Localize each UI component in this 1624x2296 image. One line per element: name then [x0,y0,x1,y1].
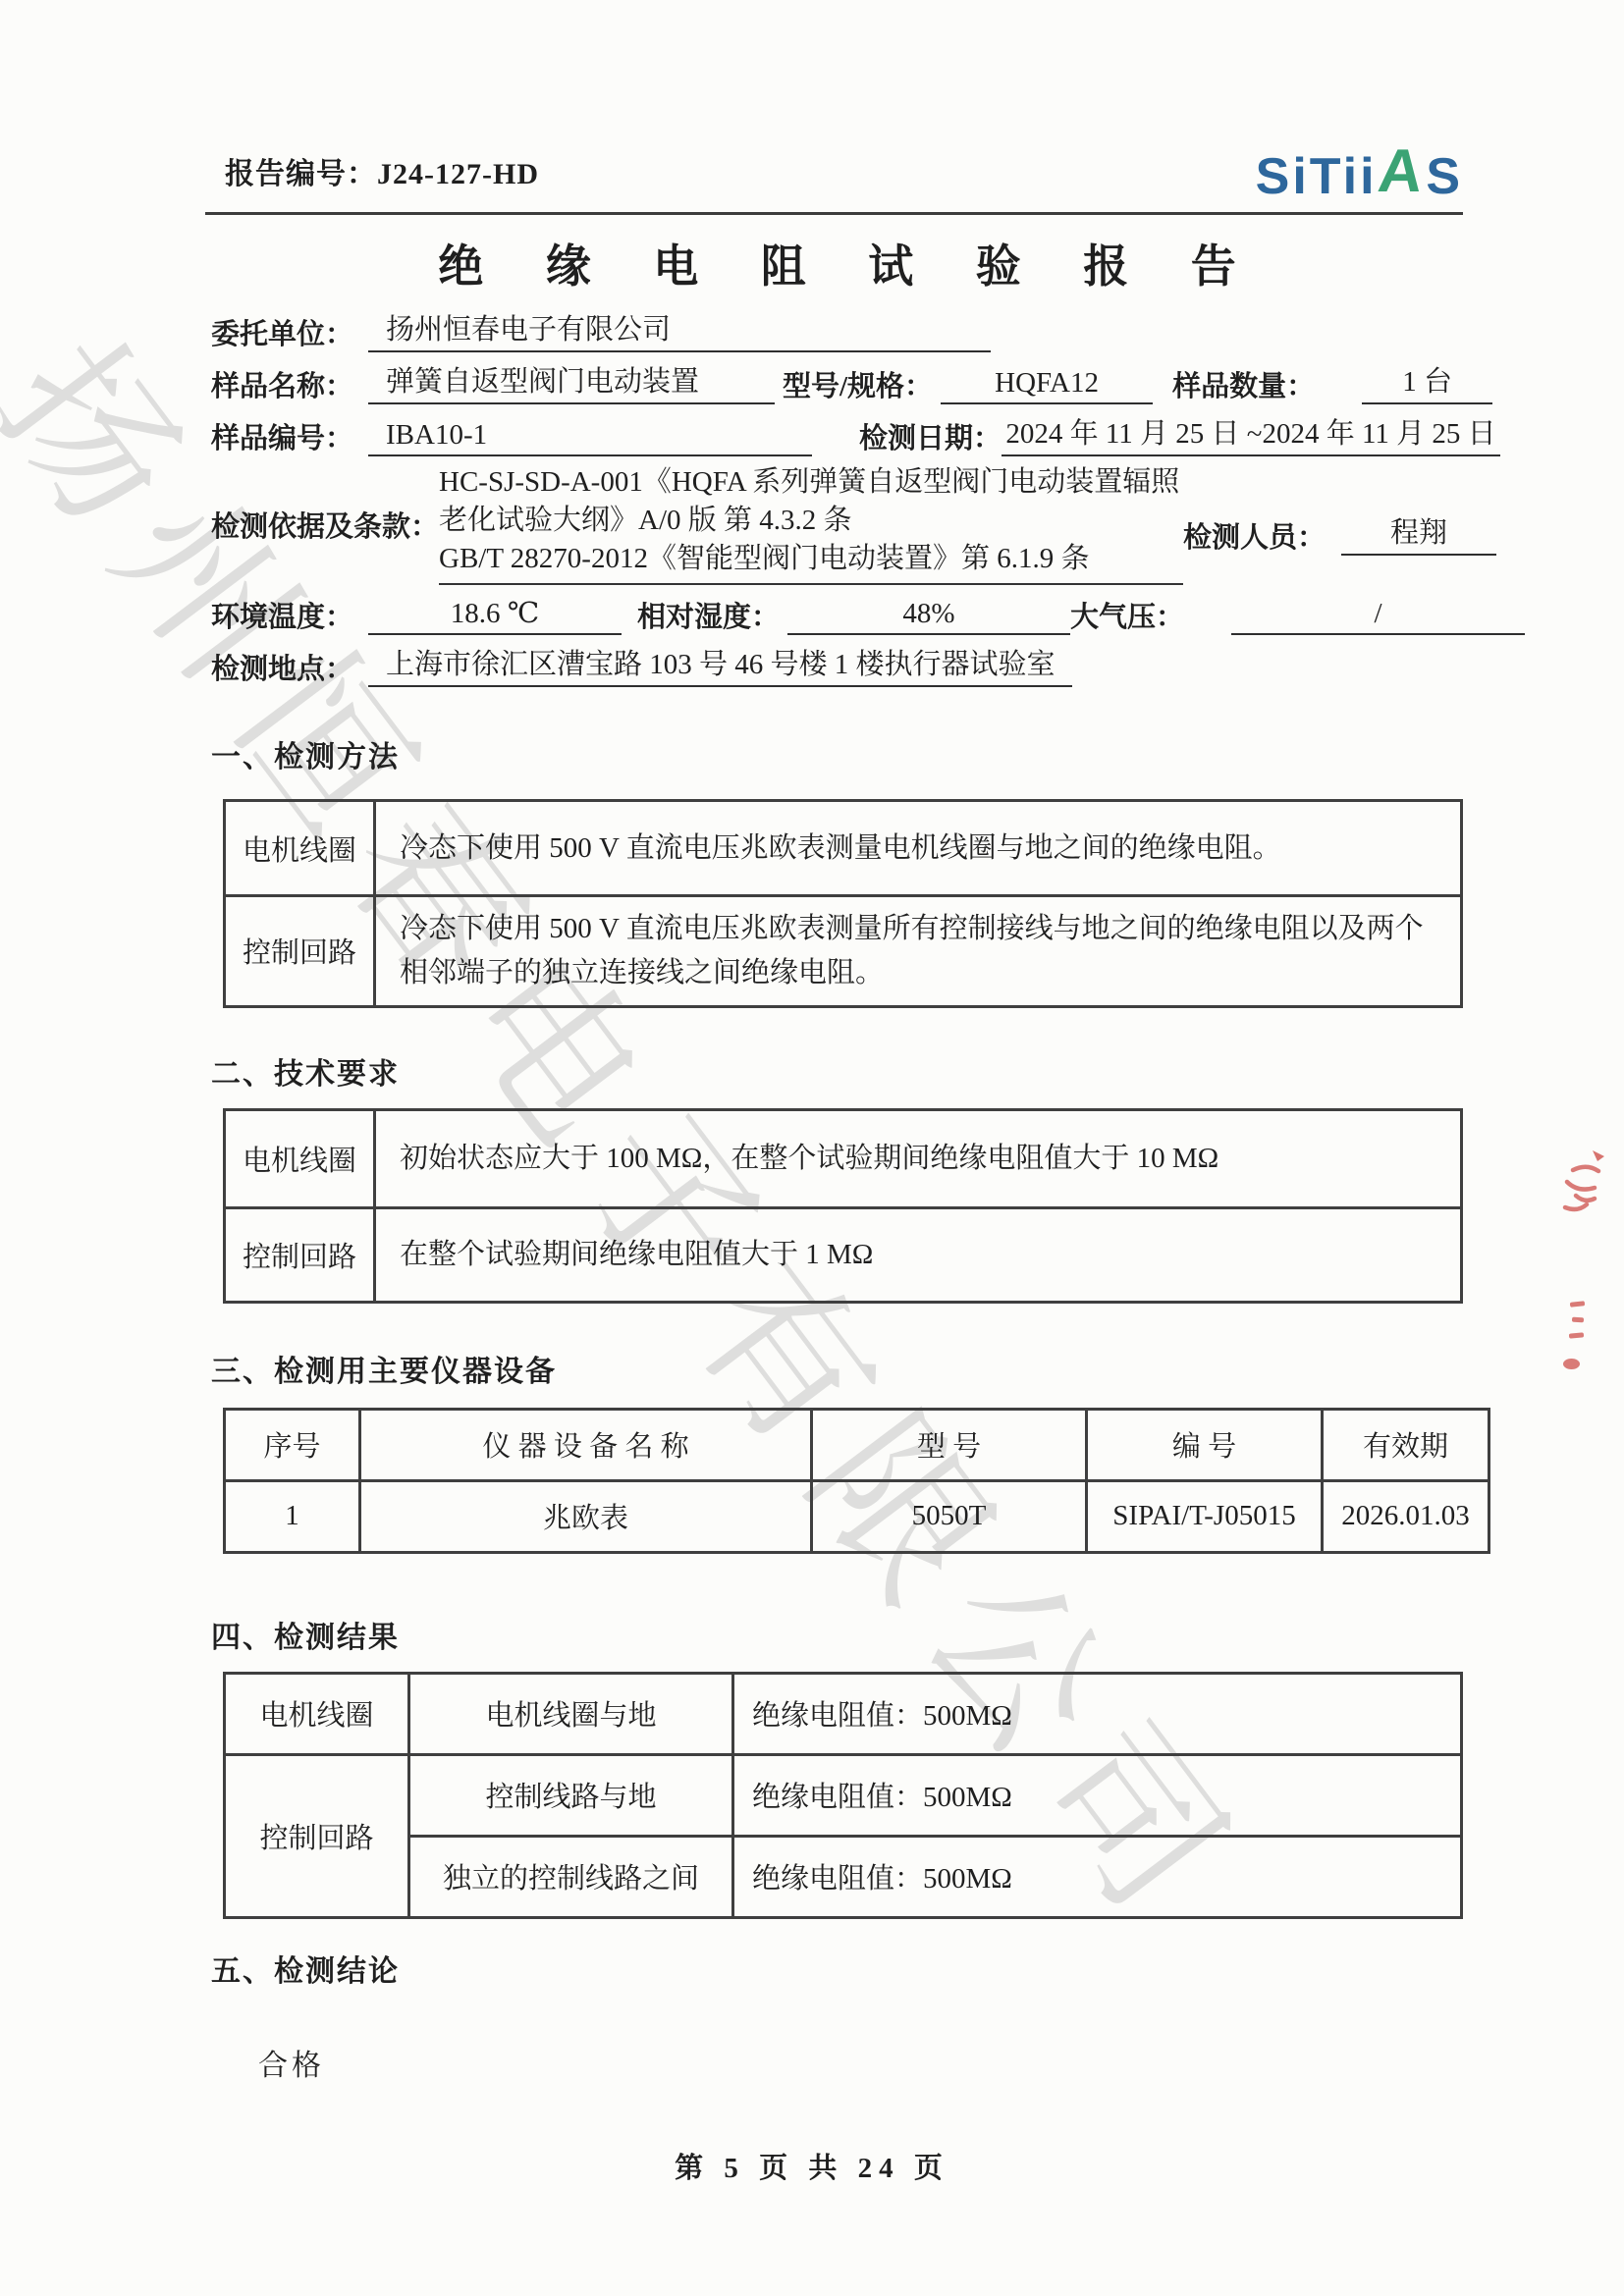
model-value: HQFA12 [941,367,1153,404]
sample-no-value: IBA10-1 [368,419,812,456]
section-method-heading: 一、检测方法 [211,732,1463,775]
result-value: 绝缘电阻值：500MΩ [733,1754,1462,1836]
section-conclusion-heading: 五、检测结论 [211,1947,1463,1990]
method-desc: 冷态下使用 500 V 直流电压兆欧表测量所有控制接线与地之间的绝缘电阻以及两个… [375,896,1462,1007]
section-requirements-heading: 二、技术要求 [211,1049,1463,1093]
logo-accent-letter: A [1375,141,1428,202]
table-row: 电机线圈 电机线圈与地 绝缘电阻值：500MΩ [225,1673,1462,1754]
table-row: 1 兆欧表 5050T SIPAI/T-J05015 2026.01.03 [225,1480,1489,1552]
section-results-heading: 四、检测结果 [211,1613,1463,1656]
basis-line-1: HC-SJ-SD-A-001《HQFA 系列弹簧自返型阀门电动装置辐照 [439,466,1179,498]
instrument-validity: 2026.01.03 [1323,1480,1489,1552]
logo-text-left: SiTii [1256,151,1378,202]
info-row-location: 检测地点： 上海市徐汇区漕宝路 103 号 46 号楼 1 楼执行器试验室 [211,642,1463,687]
method-table: 电机线圈 冷态下使用 500 V 直流电压兆欧表测量电机线圈与地之间的绝缘电阻。… [223,799,1463,1008]
instrument-model: 5050T [812,1480,1087,1552]
report-number: 报告编号：J24-127-HD [205,149,539,192]
tester-label: 检测人员： [1183,515,1326,556]
method-item: 控制回路 [225,896,375,1007]
basis-line-3: GB/T 28270-2012《智能型阀门电动装置》第 6.1.9 条 [439,540,1183,585]
instrument-serial: SIPAI/T-J05015 [1087,1480,1323,1552]
col-header-serial: 编 号 [1087,1409,1323,1480]
results-table: 电机线圈 电机线圈与地 绝缘电阻值：500MΩ 控制回路 控制线路与地 绝缘电阻… [223,1672,1463,1919]
basis-line-2: 老化试验大纲》A/0 版 第 4.3.2 条 [439,502,1183,540]
info-row-sample: 样品名称： 弹簧自返型阀门电动装置 型号/规格： HQFA12 样品数量： 1 … [211,359,1463,404]
date-label: 检测日期： [859,416,1001,456]
report-number-label: 报告编号： [225,158,377,190]
table-row: 控制回路 冷态下使用 500 V 直流电压兆欧表测量所有控制接线与地之间的绝缘电… [225,896,1462,1007]
result-group: 电机线圈 [225,1673,409,1754]
basis-label: 检测依据及条款： [211,505,439,545]
basis-lines: HC-SJ-SD-A-001《HQFA 系列弹簧自返型阀门电动装置辐照 老化试验… [439,463,1183,585]
table-header-row: 序号 仪 器 设 备 名 称 型 号 编 号 有效期 [225,1409,1489,1480]
section-instruments-heading: 三、检测用主要仪器设备 [211,1347,1463,1390]
sample-name-label: 样品名称： [211,364,368,404]
result-value: 绝缘电阻值：500MΩ [733,1836,1462,1917]
result-item: 独立的控制线路之间 [409,1836,733,1917]
table-row: 电机线圈 冷态下使用 500 V 直流电压兆欧表测量电机线圈与地之间的绝缘电阻。 [225,801,1462,896]
info-row-environment: 环境温度： 18.6 ℃ 相对湿度： 48% 大气压： / [211,595,1463,635]
client-value: 扬州恒春电子有限公司 [368,307,991,352]
result-value: 绝缘电阻值：500MΩ [733,1673,1462,1754]
requirement-item: 电机线圈 [225,1109,375,1207]
col-header-validity: 有效期 [1323,1409,1489,1480]
sitiias-logo-icon: SiTiiAS [1256,141,1463,202]
humidity-label: 相对湿度： [637,595,780,635]
date-value: 2024 年 11 月 25 日 ~2024 年 11 月 25 日 [1001,411,1500,456]
tester-value: 程翔 [1341,510,1496,556]
report-content: 报告编号：J24-127-HD SiTiiAS 绝 缘 电 阻 试 验 报 告 … [0,0,1624,2084]
col-header-model: 型 号 [812,1409,1087,1480]
method-item: 电机线圈 [225,801,375,896]
location-label: 检测地点： [211,647,368,687]
pressure-label: 大气压： [1070,595,1184,635]
table-row: 控制回路 控制线路与地 绝缘电阻值：500MΩ [225,1754,1462,1836]
tester-row: 检测人员： 程翔 [1183,510,1463,556]
temperature-value: 18.6 ℃ [368,596,622,635]
humidity-value: 48% [787,598,1070,635]
page-number: 第 5 页 共 24 页 [0,2146,1624,2186]
info-row-client: 委托单位： 扬州恒春电子有限公司 [211,307,1463,352]
report-header: 报告编号：J24-127-HD SiTiiAS [205,0,1463,215]
logo-text-right: S [1426,151,1463,202]
table-row: 控制回路 在整个试验期间绝缘电阻值大于 1 MΩ [225,1207,1462,1302]
requirement-item: 控制回路 [225,1207,375,1302]
quantity-label: 样品数量： [1172,364,1315,404]
sample-no-label: 样品编号： [211,416,368,456]
requirement-desc: 在整个试验期间绝缘电阻值大于 1 MΩ [375,1207,1462,1302]
col-header-index: 序号 [225,1409,360,1480]
result-item: 控制线路与地 [409,1754,733,1836]
quantity-value: 1 台 [1362,359,1492,404]
col-header-name: 仪 器 设 备 名 称 [360,1409,812,1480]
method-desc: 冷态下使用 500 V 直流电压兆欧表测量电机线圈与地之间的绝缘电阻。 [375,801,1462,896]
client-label: 委托单位： [211,312,368,352]
pressure-value: / [1231,598,1525,635]
requirement-desc: 初始状态应大于 100 MΩ，在整个试验期间绝缘电阻值大于 10 MΩ [375,1109,1462,1207]
model-label: 型号/规格： [783,364,933,404]
instrument-index: 1 [225,1480,360,1552]
table-row: 电机线圈 初始状态应大于 100 MΩ，在整个试验期间绝缘电阻值大于 10 MΩ [225,1109,1462,1207]
info-row-basis: 检测依据及条款： HC-SJ-SD-A-001《HQFA 系列弹簧自返型阀门电动… [211,463,1463,585]
sample-name-value: 弹簧自返型阀门电动装置 [368,359,775,404]
result-item: 电机线圈与地 [409,1673,733,1754]
info-row-sample-no: 样品编号： IBA10-1 检测日期： 2024 年 11 月 25 日 ~20… [211,411,1463,456]
report-page: 扬州恒春电子有限公司 报告编号：J24-127-HD SiTiiAS 绝 缘 电… [0,0,1624,2296]
instrument-name: 兆欧表 [360,1480,812,1552]
instruments-table: 序号 仪 器 设 备 名 称 型 号 编 号 有效期 1 兆欧表 5050T S… [223,1408,1490,1554]
location-value: 上海市徐汇区漕宝路 103 号 46 号楼 1 楼执行器试验室 [368,642,1072,687]
report-number-value: J24-127-HD [377,158,539,190]
table-row: 独立的控制线路之间 绝缘电阻值：500MΩ [225,1836,1462,1917]
result-group: 控制回路 [225,1754,409,1917]
conclusion-value: 合格 [258,2041,1463,2084]
temperature-label: 环境温度： [211,595,368,635]
requirements-table: 电机线圈 初始状态应大于 100 MΩ，在整个试验期间绝缘电阻值大于 10 MΩ… [223,1108,1463,1304]
report-title: 绝 缘 电 阻 试 验 报 告 [211,231,1463,295]
